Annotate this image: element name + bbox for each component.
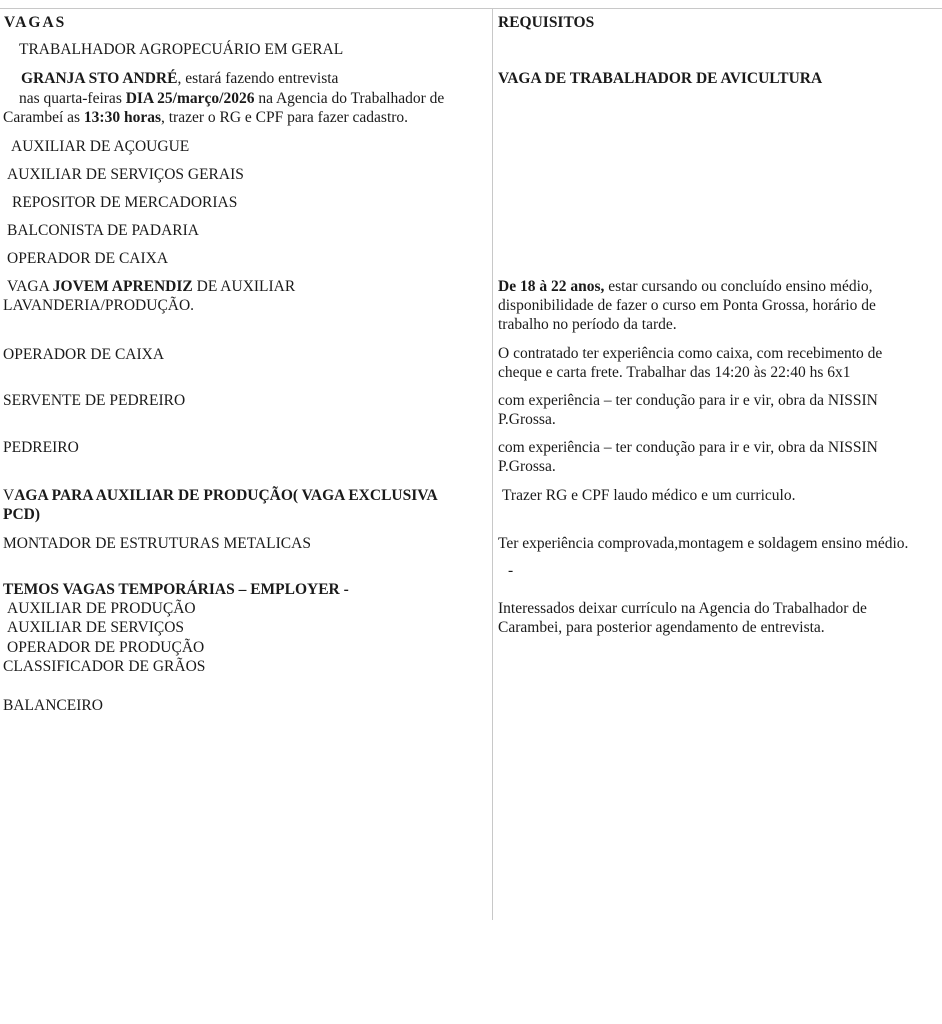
job-text: V [3,487,14,504]
temporary-jobs-header: TEMOS VAGAS TEMPORÁRIAS – EMPLOYER - [3,580,349,599]
granja-name: GRANJA STO ANDRÉ [21,70,177,87]
requisitos-header: REQUISITOS [498,13,594,32]
job-operador-caixa: OPERADOR DE CAIXA [7,249,168,268]
temp-job: CLASSIFICADOR DE GRÃOS [3,657,205,676]
job-pcd-line-2: PCD) [3,505,40,524]
req-text: estar cursando ou concluído ensino médio… [604,278,872,295]
job-repositor: REPOSITOR DE MERCADORIAS [12,193,237,212]
job-agropecuario: TRABALHADOR AGROPECUÁRIO EM GERAL [19,40,343,59]
granja-text: Carambeí as [3,109,84,126]
granja-line-1: GRANJA STO ANDRÉ, estará fazendo entrevi… [21,69,338,88]
granja-text: , estará fazendo entrevista [177,70,338,87]
column-divider [492,8,493,920]
top-rule [0,8,942,9]
job-pcd: VAGA PARA AUXILIAR DE PRODUÇÃO( VAGA EXC… [3,486,438,505]
req-servente-line-2: P.Grossa. [498,410,556,429]
temp-job: OPERADOR DE PRODUÇÃO [7,638,204,657]
job-montador: MONTADOR DE ESTRUTURAS METALICAS [3,534,311,553]
granja-text: na Agencia do Trabalhador de [254,90,444,107]
req-avicultura: VAGA DE TRABALHADOR DE AVICULTURA [498,69,822,88]
req-jovem-aprendiz-line-2: disponibilidade de fazer o curso em Pont… [498,296,876,315]
job-text-bold: AGA PARA AUXILIAR DE PRODUÇÃO( VAGA EXCL… [14,487,437,504]
req-pcd: Trazer RG e CPF laudo médico e um curric… [502,486,795,505]
req-jovem-aprendiz: De 18 à 22 anos, estar cursando ou concl… [498,277,873,296]
granja-line-2: nas quarta-feiras DIA 25/março/2026 na A… [19,89,444,108]
job-text: DE AUXILIAR [193,278,295,295]
req-servente: com experiência – ter condução para ir e… [498,391,878,410]
job-jovem-aprendiz-line-2: LAVANDERIA/PRODUÇÃO. [3,296,194,315]
job-text: VAGA [7,278,53,295]
req-interessados-line-2: Carambei, para posterior agendamento de … [498,618,825,637]
req-pedreiro: com experiência – ter condução para ir e… [498,438,878,457]
job-text-bold: JOVEM APRENDIZ [53,278,193,295]
job-balanceiro: BALANCEIRO [3,696,103,715]
req-text-bold: De 18 à 22 anos, [498,278,604,295]
job-balconista: BALCONISTA DE PADARIA [7,221,199,240]
job-acougue: AUXILIAR DE AÇOUGUE [11,137,189,156]
req-dash: - [508,561,513,580]
req-pedreiro-line-2: P.Grossa. [498,457,556,476]
granja-text: nas quarta-feiras [19,90,126,107]
granja-line-3: Carambeí as 13:30 horas, trazer o RG e C… [3,108,408,127]
granja-time: 13:30 horas [84,109,161,126]
granja-date: DIA 25/março/2026 [126,90,255,107]
req-montador: Ter experiência comprovada,montagem e so… [498,534,908,553]
req-interessados: Interessados deixar currículo na Agencia… [498,599,867,618]
job-pedreiro: PEDREIRO [3,438,79,457]
job-servente: SERVENTE DE PEDREIRO [3,391,185,410]
job-jovem-aprendiz: VAGA JOVEM APRENDIZ DE AUXILIAR [7,277,295,296]
req-caixa: O contratado ter experiência como caixa,… [498,344,882,363]
job-operador-caixa-2: OPERADOR DE CAIXA [3,345,164,364]
req-caixa-line-2: cheque e carta frete. Trabalhar das 14:2… [498,363,851,382]
job-servicos-gerais: AUXILIAR DE SERVIÇOS GERAIS [7,165,244,184]
granja-text: , trazer o RG e CPF para fazer cadastro. [161,109,408,126]
temp-job: AUXILIAR DE PRODUÇÃO [7,599,196,618]
req-jovem-aprendiz-line-3: trabalho no período da tarde. [498,315,677,334]
vagas-header: VAGAS [4,13,66,32]
temp-job: AUXILIAR DE SERVIÇOS [7,618,184,637]
